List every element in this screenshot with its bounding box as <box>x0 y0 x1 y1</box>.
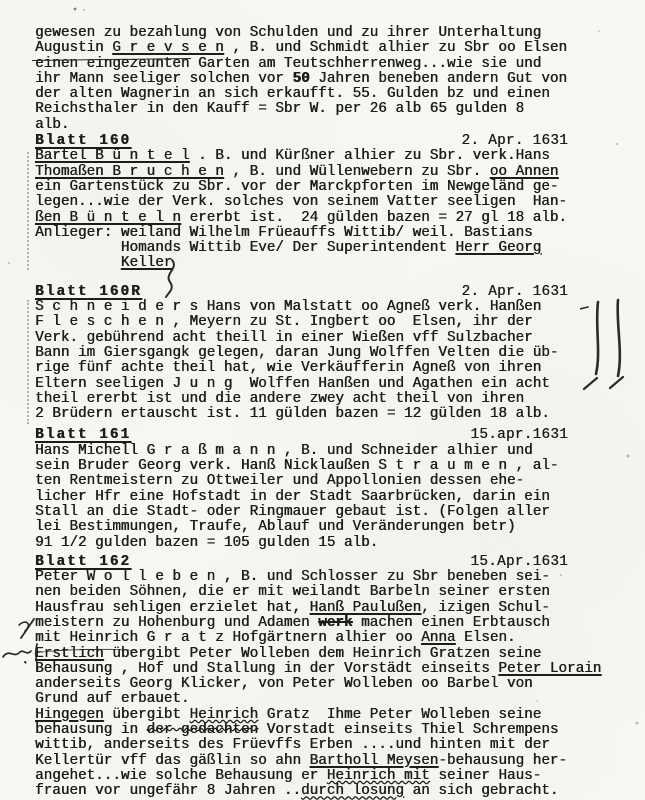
entry-intro: gewesen zu bezahlung von Schulden und zu… <box>35 26 645 133</box>
text-line: Anlieger: weiland Wilhelm Früeauffs Witt… <box>35 226 645 241</box>
text-line: frauen vor ungefähr 8 Jahren ..durch los… <box>35 784 645 799</box>
text-line: nen beiden Söhnen, die er mit weilandt B… <box>35 585 645 600</box>
text-line: behausung in der gedachten Vorstadt eins… <box>35 723 645 738</box>
entry-header: Blatt 16215.Apr.1631 <box>35 555 645 570</box>
text-line: ßen B ü n t e l n ererbt ist. 24 gülden … <box>35 211 645 226</box>
entry-date: 2. Apr. 1631 <box>461 134 568 149</box>
text-line: Hausfrau sehligen erzielet hat, Hanß Pau… <box>35 601 645 616</box>
entry-date: 15.Apr.1631 <box>470 555 568 570</box>
text-line: F l e s c h e n , Meyern zu St. Ingbert … <box>35 315 645 330</box>
entry-title: Blatt 160 <box>35 133 131 149</box>
text-line: licher Hfr eine Hofstadt in der Stadt Sa… <box>35 490 645 505</box>
text-line: Kellertür vff das gäßlin so ahn Bartholl… <box>35 754 645 769</box>
text-line: Thomaßen B r u c h e n , B. und Wüllenwe… <box>35 165 645 180</box>
entry-header: Blatt 1602. Apr. 1631 <box>35 134 645 149</box>
text-line: Erstlich übergibt Peter Wolleben dem Hei… <box>35 647 645 662</box>
text-line: 2 Brüdern ertauscht ist. 11 gülden bazen… <box>35 407 645 422</box>
entry-blatt-160: Blatt 1602. Apr. 1631Bartel B ü n t e l … <box>35 134 645 272</box>
entry-blatt-161: Blatt 16115.apr.1631Hans Michell G r a ß… <box>35 428 645 550</box>
document-body: gewesen zu bezahlung von Schulden und zu… <box>35 26 645 800</box>
text-line: Bann im Giersgangk gelegen, daran Jung W… <box>35 346 645 361</box>
entry-header: Blatt 16115.apr.1631 <box>35 428 645 443</box>
text-line: 91 1/2 gulden bazen = 105 gulden 15 alb. <box>35 536 645 551</box>
entry-blatt-160r: Blatt 160R2. Apr. 1631S c h n e i d e r … <box>35 285 645 423</box>
text-line: angehet...wie solche Behausung er Heinri… <box>35 769 645 784</box>
scanned-document-page: gewesen zu bezahlung von Schulden und zu… <box>0 0 645 800</box>
text-line: ten Rentmeistern zu Ottweiler und Appoll… <box>35 474 645 489</box>
text-line: rige fünf achte theil hat, wie Verkäuffe… <box>35 361 645 376</box>
entry-blatt-162: Blatt 16215.Apr.1631Peter W o l l e b e … <box>35 555 645 800</box>
entry-title: Blatt 162 <box>35 554 131 570</box>
text-line: theil ererbt ist und die andere zwey ach… <box>35 392 645 407</box>
text-line: ein Gartenstück zu Sbr. vor der Marckpfo… <box>35 180 645 195</box>
text-line: mit Heinrich G r a t z Hofgärtnern alhie… <box>35 631 645 646</box>
entry-header: Blatt 160R2. Apr. 1631 <box>35 285 645 300</box>
left-margin-dots <box>27 152 29 270</box>
text-line: Hans Michell G r a ß m a n n , B. und Sc… <box>35 444 645 459</box>
text-line: anderseits Georg Klicker, von Peter Woll… <box>35 677 645 692</box>
text-line: Homands Wittib Eve/ Der Superintendent H… <box>35 241 645 256</box>
left-margin-dots <box>27 300 29 424</box>
text-line: Eltern seeligen J u n g Wolffen Hanßen u… <box>35 377 645 392</box>
text-line: lei Bestimmungen, Traufe, Ablauf und Ver… <box>35 520 645 535</box>
entry-date: 15.apr.1631 <box>470 428 568 443</box>
text-line: wittib, anderseits des Früevffs Erben ..… <box>35 738 645 753</box>
text-line: der alten Wagnerin an sich erkaufft. 55.… <box>35 87 645 102</box>
entry-title: Blatt 160R <box>35 284 142 300</box>
entry-date: 2. Apr. 1631 <box>461 285 568 300</box>
text-line: meistern zu Hohenburg und Adamen werk ma… <box>35 616 645 631</box>
text-line: Augustin G r e v s e n , B. und Schmidt … <box>35 41 645 56</box>
text-line: sein Bruder Georg verk. Hanß Nicklaußen … <box>35 459 645 474</box>
text-line: Reichsthaler in den Kauff = Sbr W. per 2… <box>35 102 645 117</box>
text-line: Stall an die Stadt- oder Ringmauer gebau… <box>35 505 645 520</box>
text-line: einen eingezeunten Garten am Teutschherr… <box>35 57 645 72</box>
text-line: Behausung , Hof und Stallung in der Vors… <box>35 662 645 677</box>
text-line: Bartel B ü n t e l . B. und Kürßner alhi… <box>35 149 645 164</box>
text-line: Hingegen übergibt Heinrich Gratz Ihme Pe… <box>35 708 645 723</box>
text-line: Verk. gebührend acht theill in einer Wie… <box>35 331 645 346</box>
text-line: alb. <box>35 118 645 133</box>
text-line: gewesen zu bezahlung von Schulden und zu… <box>35 26 645 41</box>
text-line: Peter W o l l e b e n , B. und Schlosser… <box>35 570 645 585</box>
text-line: Keller <box>35 256 645 271</box>
entry-title: Blatt 161 <box>35 427 131 443</box>
text-line: S c h n e i d e r s Hans von Malstatt oo… <box>35 300 645 315</box>
text-line: ihr Mann seeliger solchen vor 50 Jahren … <box>35 72 645 87</box>
text-line: Grund auf erbauet. <box>35 692 645 707</box>
text-line: legen...wie der Verk. solches von seinem… <box>35 195 645 210</box>
